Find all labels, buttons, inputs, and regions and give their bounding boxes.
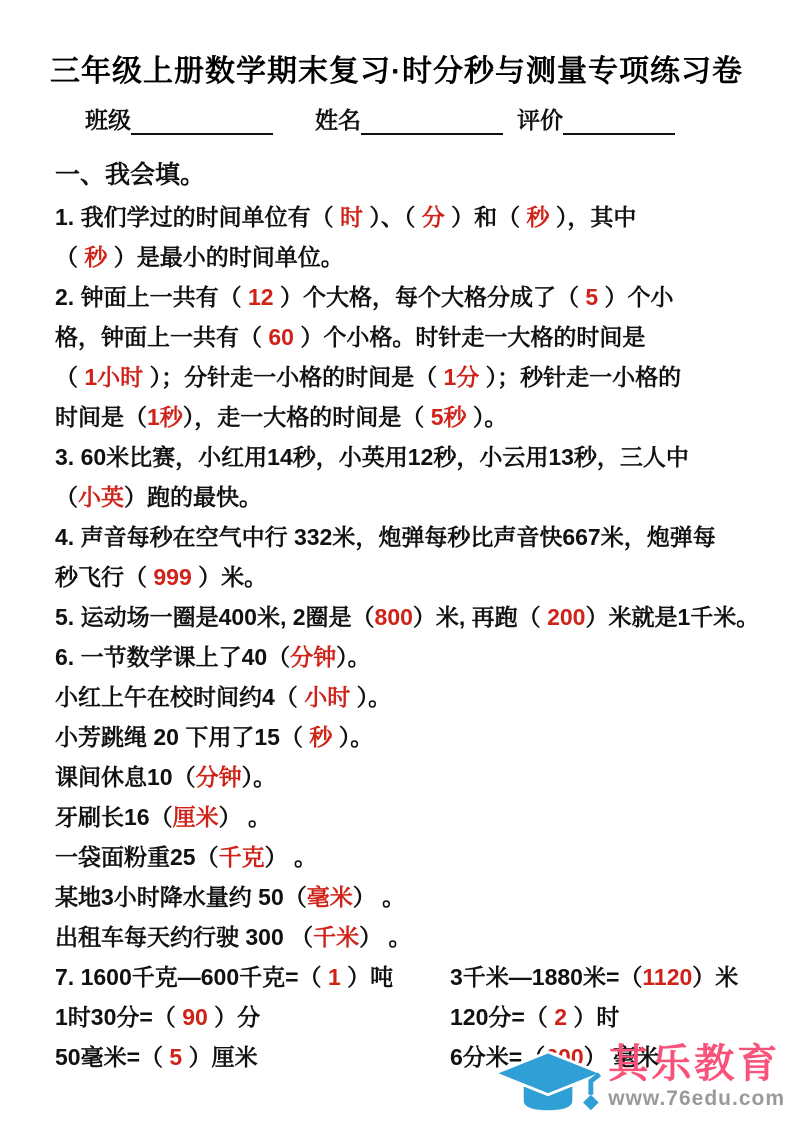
question-text: ）。 [242,764,277,790]
score-field: 评价 [517,102,675,135]
answer-text: 小时 [304,684,350,710]
question-text: ）米。 [192,564,267,590]
question-text: 120分=（ [450,1004,554,1030]
question-text: （ [55,484,78,510]
answer-text: 1120 [642,964,692,990]
question-text: ） 。 [359,924,411,950]
question-text: ）米就是1千米。 [585,604,759,630]
question-text: ）、（ [363,204,422,230]
question-line: （小英）跑的最快。 [55,477,793,517]
question-line: 2. 钟面上一共有（ 12 ）个大格，每个大格分成了（ 5 ）个小 [55,277,793,317]
conversion-right: 120分=（ 2 ）时 [450,997,793,1037]
logo-text: 其乐教育 www.76edu.com [608,1042,785,1112]
answer-text: 999 [153,564,191,590]
answer-text: 分钟 [196,764,242,790]
worksheet-page: 三年级上册数学期末复习·时分秒与测量专项练习卷 班级 姓名 评价 一、我会填。 … [0,0,793,1122]
name-blank-line [361,109,503,135]
question-line: 牙刷长16（厘米） 。 [55,797,793,837]
answer-text: 1小时 [84,364,143,390]
question-text: ） 。 [265,844,317,870]
publisher-logo: 其乐教育 www.76edu.com [490,1042,785,1120]
question-text: ）个小 [598,284,673,310]
answer-text: 800 [375,604,413,630]
answer-text: 分钟 [290,644,336,670]
question-line: （ 1小时 ）；分针走一小格的时间是（ 1分 ）；秒针走一小格的 [55,357,793,397]
question-text: 出租车每天约行驶 300 （ [55,924,313,950]
class-field-label: 班级 [85,102,131,135]
question-text: 小芳跳绳 20 下用了15（ [55,724,309,750]
question-line: （ 秒 ）是最小的时间单位。 [55,237,793,277]
class-blank-line [131,109,273,135]
answer-text: 千克 [219,844,265,870]
question-line: 3. 60米比赛，小红用14秒，小英用12秒，小云用13秒，三人中 [55,437,793,477]
question-text: ）是最小的时间单位。 [107,244,343,270]
graduation-cap-icon [490,1048,608,1120]
question-line: 6. 一节数学课上了40（分钟）。 [55,637,793,677]
question-text: （ [55,244,84,270]
answer-text: 1秒 [147,404,183,430]
answer-text: 2 [554,1004,567,1030]
question-text: ）；分针走一小格的时间是（ [143,364,443,390]
question-text: 秒飞行（ [55,564,153,590]
question-text: 7. 1600千克—600千克=（ [55,964,328,990]
question-text: ）。 [350,684,391,710]
question-text: 1时30分=（ [55,1004,182,1030]
fill-in-questions: 1. 我们学过的时间单位有（ 时 ）、（ 分 ）和（ 秒 ），其中（ 秒 ）是最… [0,197,793,957]
name-field-label: 姓名 [315,102,361,135]
answer-text: 90 [182,1004,208,1030]
answer-text: 1分 [443,364,479,390]
question-text: ）个大格，每个大格分成了（ [274,284,586,310]
conversion-left: 7. 1600千克—600千克=（ 1 ）吨 [55,957,450,997]
question-line: 出租车每天约行驶 300 （千米） 。 [55,917,793,957]
question-text: ） 。 [219,804,271,830]
question-text: ）。 [466,404,507,430]
answer-text: 12 [248,284,274,310]
question-text: 格，钟面上一共有（ [55,324,268,350]
question-line: 一袋面粉重25（千克） 。 [55,837,793,877]
answer-text: 毫米 [307,884,353,910]
question-text: ）和（ [445,204,527,230]
header-fields: 班级 姓名 评价 [0,102,793,135]
question-text: 时间是（ [55,404,147,430]
answer-text: 5秒 [431,404,467,430]
question-text: ）个小格。时针走一大格的时间是 [294,324,645,350]
answer-text: 时 [340,204,363,230]
question-text: 小红上午在校时间约4（ [55,684,304,710]
question-text: 课间休息10（ [55,764,196,790]
question-text: ），其中 [550,204,637,230]
section-title: 一、我会填。 [0,155,793,191]
question-text: ）厘米 [182,1044,257,1070]
question-line: 格，钟面上一共有（ 60 ）个小格。时针走一大格的时间是 [55,317,793,357]
answer-text: 5 [169,1044,182,1070]
answer-text: 千米 [313,924,359,950]
answer-text: 5 [585,284,598,310]
question-text: ） 。 [353,884,405,910]
question-text: 某地3小时降水量约 50（ [55,884,307,910]
conversion-left: 50毫米=（ 5 ）厘米 [55,1037,450,1077]
score-blank-line [563,109,675,135]
question-text: ），走一大格的时间是（ [183,404,431,430]
answer-text: 60 [268,324,294,350]
question-line: 小芳跳绳 20 下用了15（ 秒 ）。 [55,717,793,757]
question-line: 小红上午在校时间约4（ 小时 ）。 [55,677,793,717]
conversion-row: 7. 1600千克—600千克=（ 1 ）吨3千米—1880米=（1120）米 [55,957,793,997]
answer-text: 小英 [78,484,124,510]
answer-text: 秒 [527,204,550,230]
conversion-right: 3千米—1880米=（1120）米 [450,957,793,997]
brand-url: www.76edu.com [608,1086,785,1112]
question-line: 1. 我们学过的时间单位有（ 时 ）、（ 分 ）和（ 秒 ），其中 [55,197,793,237]
page-title: 三年级上册数学期末复习·时分秒与测量专项练习卷 [0,0,793,90]
question-line: 课间休息10（分钟）。 [55,757,793,797]
name-field: 姓名 [315,102,517,135]
question-text: ）分 [208,1004,260,1030]
answer-text: 秒 [84,244,107,270]
answer-text: 秒 [309,724,332,750]
question-text: 6. 一节数学课上了40（ [55,644,290,670]
question-text: 3千米—1880米=（ [450,964,642,990]
question-text: 3. 60米比赛，小红用14秒，小英用12秒，小云用13秒，三人中 [55,444,689,470]
question-text: 一袋面粉重25（ [55,844,219,870]
class-field: 班级 [85,102,315,135]
question-text: ）。 [336,644,371,670]
conversion-row: 1时30分=（ 90 ）分120分=（ 2 ）时 [55,997,793,1037]
question-text: 4. 声音每秒在空气中行 332米，炮弹每秒比声音快667米，炮弹每 [55,524,716,550]
question-text: ）时 [567,1004,619,1030]
question-text: ）米, 再跑（ [413,604,547,630]
question-text: （ [55,364,84,390]
answer-text: 1 [328,964,341,990]
answer-text: 200 [547,604,585,630]
question-text: ）。 [332,724,373,750]
question-text: 牙刷长16（ [55,804,173,830]
question-line: 秒飞行（ 999 ）米。 [55,557,793,597]
question-text: 50毫米=（ [55,1044,169,1070]
question-text: ）吨 [341,964,393,990]
question-line: 时间是（1秒），走一大格的时间是（ 5秒 ）。 [55,397,793,437]
question-text: ）跑的最快。 [124,484,262,510]
score-field-label: 评价 [517,102,563,135]
answer-text: 分 [422,204,445,230]
question-text: 1. 我们学过的时间单位有（ [55,204,340,230]
question-text: 2. 钟面上一共有（ [55,284,248,310]
brand-name: 其乐教育 [608,1042,780,1086]
answer-text: 厘米 [173,804,219,830]
conversion-left: 1时30分=（ 90 ）分 [55,997,450,1037]
question-line: 某地3小时降水量约 50（毫米） 。 [55,877,793,917]
question-text: ）米 [692,964,738,990]
question-line: 5. 运动场一圈是400米, 2圈是（800）米, 再跑（ 200）米就是1千米… [55,597,793,637]
question-text: ）；秒针走一小格的 [479,364,681,390]
question-text: 5. 运动场一圈是400米, 2圈是（ [55,604,375,630]
question-line: 4. 声音每秒在空气中行 332米，炮弹每秒比声音快667米，炮弹每 [55,517,793,557]
